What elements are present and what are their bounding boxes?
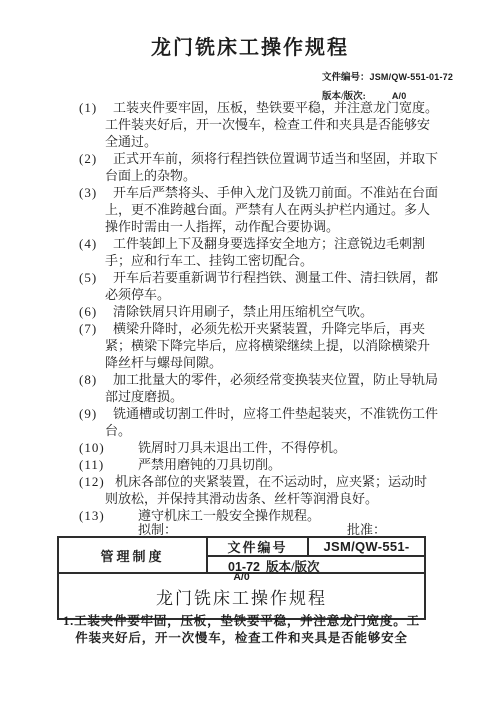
rule-text: 开车后若要重新调节行程挡铁、测量工件、清扫铁屑，都必须停车。 <box>105 270 438 302</box>
rule-number: (11) <box>79 456 104 473</box>
rule-item-2: (2)正式开车前，须将行程挡铁位置调节适当和坚固，并取下台面上的杂物。 <box>105 150 439 184</box>
rule-text: 铣屑时刀具未退出工件，不得停机。 <box>138 440 346 455</box>
rules-list: (1)工装夹件要牢固，压板，垫铁要平稳，并注意龙门宽度。工件装夹好后，开一次慢车… <box>105 99 439 524</box>
rule-number: (4) <box>79 235 97 252</box>
rule-item-1: (1)工装夹件要牢固，压板，垫铁要平稳，并注意龙门宽度。工件装夹好后，开一次慢车… <box>105 99 439 150</box>
footer-body: 1.工装夹件要牢固，压板，垫铁要平稳，并注意龙门宽度。工 件装夹好后，开一次慢车… <box>59 613 424 646</box>
rule-item-6: (6)清除铁屑只许用刷子，禁止用压缩机空气吹。 <box>105 303 439 320</box>
footer-body-line-2: 件装夹好后，开一次慢车，检查工件和夹具是否能够安全 <box>59 630 424 647</box>
rule-text: 正式开车前，须将行程挡铁位置调节适当和坚固，并取下台面上的杂物。 <box>105 151 438 183</box>
footer-cell-system: 管理制度 <box>59 538 208 572</box>
rule-number: (7) <box>79 320 97 337</box>
rule-number: (10) <box>79 439 105 456</box>
footer-doc-number-value: JSM/QW-551- <box>309 538 424 555</box>
footer-row-2: 01-72版本/版次 <box>208 557 424 570</box>
page-title: 龙门铣床工操作规程 <box>0 31 500 60</box>
rule-text: 严禁用磨钝的刀具切削。 <box>138 457 281 472</box>
rule-text: 加工批量大的零件，必须经常变换装夹位置，防止导轨局部过度磨损。 <box>105 372 438 404</box>
rule-item-11: (11)严禁用磨钝的刀具切削。 <box>105 456 439 473</box>
rule-text: 工装夹件要牢固，压板，垫铁要平稳，并注意龙门宽度。工件装夹好后，开一次慢车，检查… <box>105 100 438 149</box>
rule-number: (13) <box>79 507 105 524</box>
rule-number: (2) <box>79 150 97 167</box>
rule-number: (8) <box>79 371 97 388</box>
rule-text: 工件装卸上下及翻身要选择安全地方；注意锐边毛刺割手；应和行车工、挂钩工密切配合。 <box>105 236 425 268</box>
doc-number-value: JSM/QW-551-01-72 <box>370 72 454 82</box>
rule-item-5: (5)开车后若要重新调节行程挡铁、测量工件、清扫铁屑，都必须停车。 <box>105 269 439 303</box>
document-page: 龙门铣床工操作规程 文件编号：JSM/QW-551-01-72 版本/版次:A/… <box>0 0 500 707</box>
footer-title: 龙门铣床工操作规程 <box>59 584 424 609</box>
rule-number: (9) <box>79 405 97 422</box>
rule-item-9: (9)铣通槽或切割工件时，应将工件垫起装夹，不准铣伤工件台。 <box>105 405 439 439</box>
rule-item-7: (7)横梁升降时，必须先松开夹紧装置，升降完毕后，再夹紧；横梁下降完毕后，应将横… <box>105 320 439 371</box>
footer-body-line-1: 1.工装夹件要牢固，压板，垫铁要平稳，并注意龙门宽度。工 <box>59 613 424 630</box>
rule-text: 铣通槽或切割工件时，应将工件垫起装夹，不准铣伤工件台。 <box>105 406 438 438</box>
rule-number: (1) <box>79 99 97 116</box>
rule-text: 清除铁屑只许用刷子，禁止用压缩机空气吹。 <box>113 304 373 319</box>
rule-number: (5) <box>79 269 97 286</box>
footer-row-1: 文件编号 JSM/QW-551- <box>208 538 424 557</box>
doc-number-label: 文件编号： <box>322 73 370 83</box>
rule-item-10: (10)铣屑时刀具未退出工件，不得停机。 <box>105 439 439 456</box>
rule-item-4: (4)工件装卸上下及翻身要选择安全地方；注意锐边毛刺割手；应和行车工、挂钩工密切… <box>105 235 439 269</box>
rule-text: 开车后严禁将头、手伸入龙门及铣刀前面。不准站在台面上，更不准跨越台面。严禁有人在… <box>105 185 438 234</box>
rule-text: 横梁升降时，必须先松开夹紧装置，升降完毕后，再夹紧；横梁下降完毕后，应将横梁继续… <box>105 321 430 370</box>
footer-table: 管理制度 文件编号 JSM/QW-551- 01-72版本/版次 A/0 龙门铣… <box>57 536 426 620</box>
rule-number: (3) <box>79 184 97 201</box>
footer-doc-number-label: 文件编号 <box>208 538 309 555</box>
doc-number-row: 文件编号：JSM/QW-551-01-72 <box>322 72 453 84</box>
rule-item-12: (12)机床各部位的夹紧装置，在不运动时，应夹紧；运动时则放松，并保持其滑动齿条… <box>105 473 439 507</box>
rule-item-3: (3)开车后严禁将头、手伸入龙门及铣刀前面。不准站在台面上，更不准跨越台面。严禁… <box>105 184 439 235</box>
footer-version-value: A/0 <box>59 571 424 583</box>
rule-number: (6) <box>79 303 97 320</box>
rule-number: (12) <box>79 473 105 490</box>
rule-item-8: (8)加工批量大的零件，必须经常变换装夹位置，防止导轨局部过度磨损。 <box>105 371 439 405</box>
footer-row-3: A/0 龙门铣床工操作规程 1.工装夹件要牢固，压板，垫铁要平稳，并注意龙门宽度… <box>59 574 424 646</box>
rule-text: 机床各部位的夹紧装置，在不运动时，应夹紧；运动时则放松，并保持其滑动齿条、丝杆等… <box>105 474 427 506</box>
